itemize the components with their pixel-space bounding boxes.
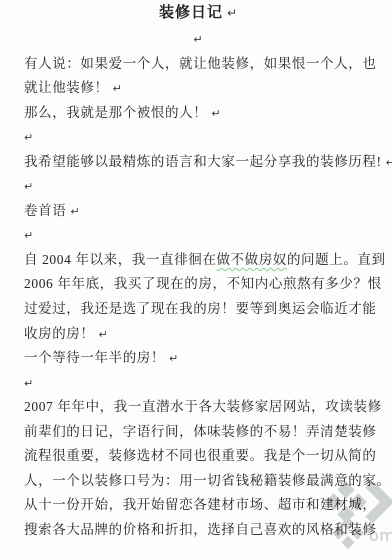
text-line: 卷首语↵ [24, 199, 372, 224]
paragraph-mark-icon: ↵ [113, 82, 122, 95]
paragraph-mark-icon: ↵ [99, 328, 108, 341]
text-line: 那么，我就是那个被恨的人！↵ [24, 101, 372, 126]
spellcheck-underlined-text: 做不做房奴 [216, 252, 287, 267]
line-text: 有人说：如果爱一个人，就让他装修，如果恨一个人，也 [24, 56, 377, 71]
paragraph-mark-icon: ↵ [169, 352, 178, 365]
line-text: 装修日记 [159, 5, 223, 21]
line-text: 搜索各大品牌的价格和折扣，选择自己喜欢的风格和装修 [24, 522, 377, 537]
text-line: 从十一份开始，我开始留恋各建材市场、超市和建材城， [24, 493, 372, 518]
text-line: 过爱过，我还是选了现在我的房！要等到奥运会临近才能 [24, 297, 372, 322]
line-text: 收房的房！ [24, 326, 95, 341]
line-text: 一个等待一年半的房！ [24, 350, 165, 365]
line-text: 前辈们的日记，字语行间，体味装修的不易！弄清楚装修 [24, 424, 377, 439]
paragraph-mark-icon: ↵ [24, 377, 33, 390]
line-text: 人，一个以装修口号为：用一切省钱秘籍装修最满意的家。 [24, 473, 391, 488]
paragraph-mark-icon: ↵ [227, 6, 237, 20]
empty-line: ↵ [24, 174, 372, 199]
paragraph-mark-icon: ↵ [193, 33, 202, 46]
text-line: 2006 年年底，我买了现在的房，不知内心煎熬有多少？恨 [24, 272, 372, 297]
text-line: 流程很重要，装修选材不同也很重要。我是个一切从简的 [24, 444, 372, 469]
empty-line: ↵ [24, 223, 372, 248]
text-line: 就让他装修！↵ [24, 76, 372, 101]
text-line: 自 2004 年以来，我一直徘徊在做不做房奴的问题上。直到 [24, 248, 372, 273]
line-text: 我希望能够以最精炼的语言和大家一起分享我的装修历程! [24, 154, 382, 169]
line-text: 从十一份开始，我开始留恋各建材市场、超市和建材城， [24, 497, 377, 512]
document-title: 装修日记↵ [24, 0, 372, 27]
paragraph-mark-icon: ↵ [211, 107, 220, 120]
line-text: 2007 年年中，我一直潜水于各大装修家居网站，攻读装修 [24, 399, 382, 414]
empty-line: ↵ [24, 371, 372, 396]
paragraph-mark-icon: ↵ [70, 205, 79, 218]
text-line: 人，一个以装修口号为：用一切省钱秘籍装修最满意的家。 [24, 469, 372, 494]
empty-line: ↵ [24, 27, 372, 52]
paragraph-mark-icon: ↵ [24, 131, 33, 144]
text-line: 有人说：如果爱一个人，就让他装修，如果恨一个人，也 [24, 52, 372, 77]
text-line: 搜索各大品牌的价格和折扣，选择自己喜欢的风格和装修 [24, 518, 372, 543]
paragraph-mark-icon: ↵ [24, 229, 33, 242]
paragraph-mark-icon: ↵ [24, 180, 33, 193]
text-line: 前辈们的日记，字语行间，体味装修的不易！弄清楚装修 [24, 420, 372, 445]
document-body: 装修日记↵↵有人说：如果爱一个人，就让他装修，如果恨一个人，也就让他装修！↵那么… [24, 0, 372, 542]
line-text: 自 2004 年以来，我一直徘徊在做不做房奴的问题上。直到 [24, 252, 386, 267]
text-line: 2007 年年中，我一直潜水于各大装修家居网站，攻读装修 [24, 395, 372, 420]
text-line: 我希望能够以最精炼的语言和大家一起分享我的装修历程!↵ [24, 150, 372, 175]
paragraph-mark-icon: ↵ [386, 156, 392, 169]
text-line: 收房的房！↵ [24, 322, 372, 347]
text-line: 一个等待一年半的房！↵ [24, 346, 372, 371]
line-text: 过爱过，我还是选了现在我的房！要等到奥运会临近才能 [24, 301, 377, 316]
line-text: 就让他装修！ [24, 80, 109, 95]
empty-line: ↵ [24, 125, 372, 150]
line-text: 流程很重要，装修选材不同也很重要。我是个一切从简的 [24, 448, 377, 463]
document-page: 装修日记↵↵有人说：如果爱一个人，就让他装修，如果恨一个人，也就让他装修！↵那么… [0, 0, 392, 560]
line-text: 卷首语 [24, 203, 66, 218]
line-text: 2006 年年底，我买了现在的房，不知内心煎熬有多少？恨 [24, 276, 382, 291]
line-text: 那么，我就是那个被恨的人！ [24, 105, 207, 120]
